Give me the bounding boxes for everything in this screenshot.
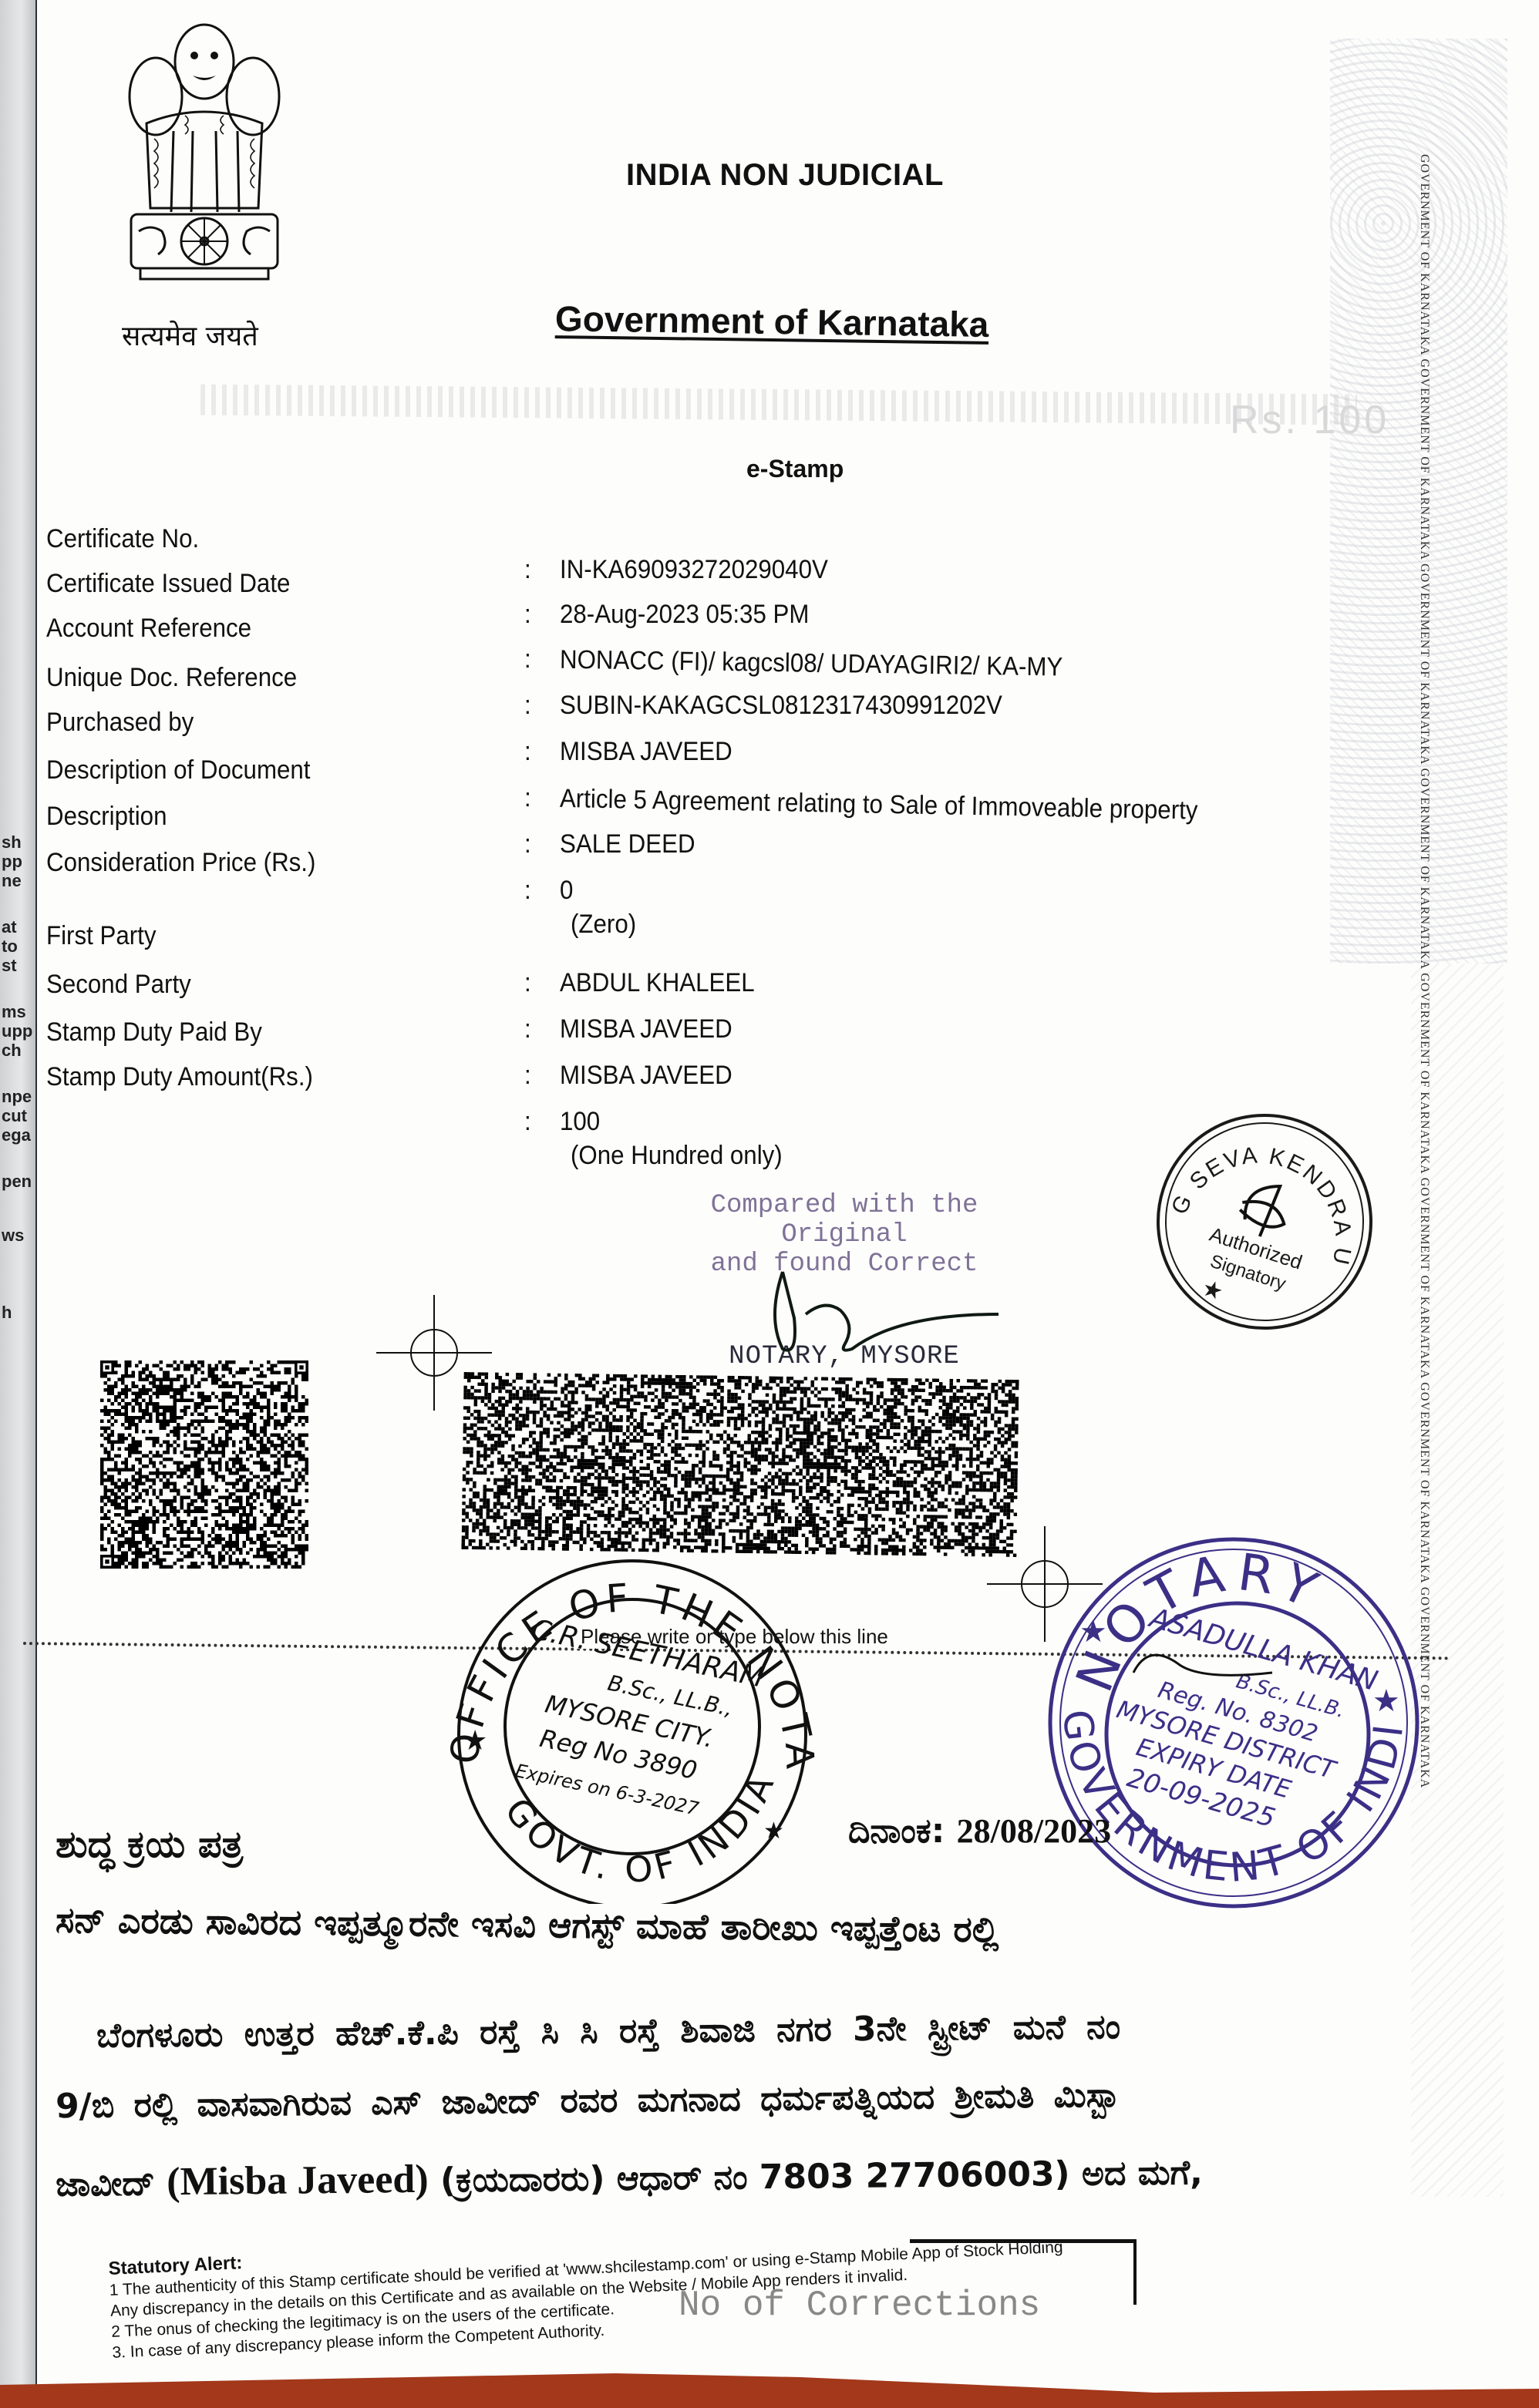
field-label: Description of Document: [46, 755, 310, 785]
notary-signature-icon: [759, 1264, 1006, 1357]
adjacent-page-text: h: [2, 1303, 12, 1323]
field-label: Consideration Price (Rs.): [46, 848, 315, 878]
office-notary-stamp: OFFICE OF THE NOTARY GOVT. OF INDIA C.R.…: [432, 1534, 833, 1904]
deed-date: ದಿನಾಂಕ: 28/08/2023: [848, 1811, 1111, 1851]
field-value: :MISBA JAVEED: [524, 737, 732, 767]
adjacent-page-text: to: [2, 937, 18, 957]
adjacent-page-text: npe: [2, 1087, 32, 1107]
adjacent-page-text: sh: [2, 832, 22, 853]
field-label: Account Reference: [46, 614, 251, 644]
adjacent-page-text: cut: [2, 1106, 27, 1126]
security-microtext: GOVERNMENT OF KARNATAKA GOVERNMENT OF KA…: [1417, 154, 1431, 2312]
field-label: Description: [46, 802, 167, 832]
svg-text:★: ★: [463, 1724, 487, 1756]
adjacent-page-text: upp: [2, 1021, 32, 1041]
field-label: Certificate Issued Date: [46, 569, 290, 599]
deed-date-value: 28/08/2023: [957, 1812, 1111, 1850]
stamp-type: e-Stamp: [746, 455, 844, 483]
government-title: Government of Karnataka: [555, 298, 989, 345]
corrections-box: [910, 2239, 1137, 2305]
field-label: Stamp Duty Paid By: [46, 1017, 262, 1048]
crosshair-icon: [376, 1295, 492, 1411]
svg-text:★: ★: [1079, 1615, 1107, 1649]
adjacent-page-text: ne: [2, 871, 22, 891]
field-value: :100: [524, 1107, 600, 1137]
field-value: :MISBA JAVEED: [524, 1061, 732, 1091]
adjacent-page-text: pp: [2, 852, 22, 872]
svg-text:★: ★: [763, 1818, 784, 1844]
adjacent-page-text: pen: [2, 1172, 32, 1192]
qr-code-icon: [100, 1360, 308, 1569]
field-value: :IN-KA69093272029040V: [524, 555, 828, 585]
emblem-motto: सत्यमेव जयते: [122, 316, 258, 354]
adjacent-page-edge: shppneattostmsuppchnpecutegapenwsh: [0, 0, 37, 2408]
deed-title: ಶುದ್ಧ ಕ್ರಯ ಪತ್ರ: [56, 1823, 243, 1867]
adjacent-page-text: ws: [2, 1226, 24, 1246]
field-value: :MISBA JAVEED: [524, 1014, 732, 1044]
adjacent-page-text: ega: [2, 1125, 31, 1145]
field-label: Certificate No.: [46, 524, 199, 554]
field-value: :ABDUL KHALEEL: [524, 968, 755, 998]
ashoka-emblem-icon: [100, 8, 308, 293]
barcode-2d-icon: [461, 1372, 1019, 1557]
svg-text:★: ★: [1199, 1275, 1227, 1306]
deed-date-label: ದಿನಾಂಕ:: [848, 1811, 945, 1851]
field-label: Unique Doc. Reference: [46, 663, 297, 693]
field-label: Second Party: [46, 970, 191, 1000]
adjacent-page-text: st: [2, 956, 17, 976]
deed-line-4-post: (ಕ್ರಯದಾರರು) ಆಧಾರ್ ನಂ 7803 27706003) ಅದ ಮ…: [440, 2153, 1203, 2200]
adjacent-page-text: ms: [2, 1002, 26, 1022]
document-title: INDIA NON JUDICIAL: [626, 158, 944, 193]
field-label: Purchased by: [46, 708, 194, 738]
notary-purple-stamp: NOTARY GOVERNMENT OF INDIA ASADULLA KHAN…: [1033, 1526, 1434, 1927]
field-value: :SUBIN-KAKAGCSL0812317430991202V: [524, 691, 1002, 721]
buyer-name-english: (Misba Javeed): [167, 2157, 429, 2205]
field-label: First Party: [46, 921, 157, 951]
field-value-words: (Zero): [571, 910, 636, 940]
attestation-line1: Compared with the Original: [663, 1191, 1025, 1249]
adjacent-page-text: at: [2, 917, 17, 937]
field-label: Stamp Duty Amount(Rs.): [46, 1062, 313, 1092]
svg-text:★: ★: [1372, 1684, 1400, 1718]
field-value: :SALE DEED: [524, 829, 695, 859]
field-value: :0: [524, 876, 573, 906]
field-value: :28-Aug-2023 05:35 PM: [524, 600, 809, 630]
denomination-watermark: Rs. 100: [1230, 397, 1389, 443]
deed-line-4-pre: ಜಾವೀದ್: [56, 2164, 155, 2204]
adjacent-page-text: ch: [2, 1041, 22, 1061]
